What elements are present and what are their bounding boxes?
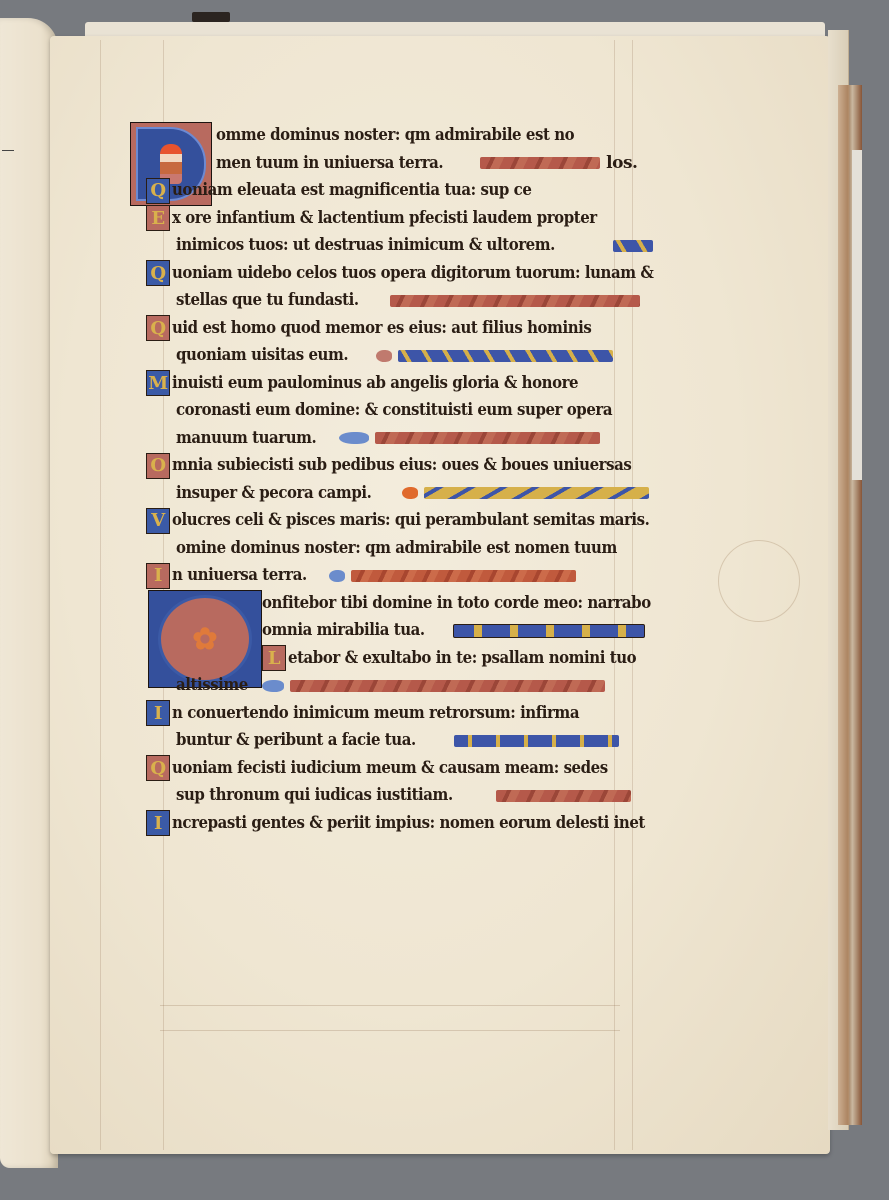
dragon-head-icon [262, 680, 284, 692]
grotesque-head-icon [376, 350, 392, 362]
text-line: In conuertendo inimicum meum retrorsum: … [130, 700, 630, 728]
text-line: Quid est homo quod memor es eius: aut fi… [130, 315, 630, 343]
dragon-head-icon [339, 432, 369, 444]
text-line: quoniam uisitas eum. [130, 342, 630, 370]
versal-initial: Q [146, 315, 170, 341]
versal-initial: O [146, 453, 170, 479]
text-line: omnia mirabilia tua. [130, 617, 630, 645]
text-line: sup thronum qui iudicas iustitiam. [130, 782, 630, 810]
text-line: Ex ore infantium & lactentium pfecisti l… [130, 205, 630, 233]
text-line: Omnia subiecisti sub pedibus eius: oues … [130, 452, 630, 480]
versal-initial: I [146, 810, 170, 836]
text-block: ✿ omme dominus noster: qm admirabile est… [130, 122, 630, 837]
text-lines: omme dominus noster: qm admirabile est n… [130, 122, 630, 837]
versal-initial: M [146, 370, 170, 396]
margin-mark [2, 150, 14, 151]
ruling-line [160, 1005, 620, 1006]
line-filler-red [480, 157, 600, 169]
text-line: Quoniam uidebo celos tuos opera digitoru… [130, 260, 630, 288]
text-line: In uniuersa terra. [130, 562, 630, 590]
versal-initial: L [262, 645, 286, 671]
versal-initial: Q [146, 260, 170, 286]
text-line: Letabor & exultabo in te: psallam nomini… [130, 645, 630, 673]
versal-initial: Q [146, 178, 170, 204]
line-filler-dragons [453, 624, 645, 638]
text-line: omine dominus noster: qm admirabile est … [130, 535, 630, 563]
versal-initial: E [146, 205, 170, 231]
line-filler-diamond [424, 487, 649, 499]
grotesque-head-icon [402, 487, 418, 499]
ruling-line [100, 40, 101, 1150]
text-line: coronasti eum domine: & constituisti eum… [130, 397, 630, 425]
text-line: men tuum in uniuersa terra.los. [130, 150, 630, 178]
versal-initial: V [146, 508, 170, 534]
ruling-line [160, 1030, 620, 1031]
line-filler-gold-chain [454, 735, 619, 747]
text-line: onfitebor tibi domine in toto corde meo:… [130, 590, 630, 618]
text-line: omme dominus noster: qm admirabile est n… [130, 122, 630, 150]
text-line: Quoniam fecisti iudicium meum & causam m… [130, 755, 630, 783]
dragon-head-icon [329, 570, 345, 582]
versal-initial: Q [146, 755, 170, 781]
versal-initial: I [146, 700, 170, 726]
text-line: stellas que tu fundasti. [130, 287, 630, 315]
versal-initial: I [146, 563, 170, 589]
binding-clasp [192, 12, 230, 22]
text-line: Increpasti gentes & periit impius: nomen… [130, 810, 630, 838]
line-filler-blue-gold [398, 350, 613, 362]
line-filler-red [290, 680, 605, 692]
text-line: Quoniam eleuata est magnificentia tua: s… [130, 177, 630, 205]
line-filler-orange [351, 570, 576, 582]
text-line: manuum tuarum. [130, 425, 630, 453]
text-line: Volucres celi & pisces maris: qui peramb… [130, 507, 630, 535]
text-line: insuper & pecora campi. [130, 480, 630, 508]
line-filler-red [496, 790, 631, 802]
page-stain [718, 540, 800, 622]
fore-edge-leaves [828, 30, 864, 1140]
line-filler-blue-gold [613, 240, 653, 252]
text-line: buntur & peribunt a facie tua. [130, 727, 630, 755]
text-line: altissime [130, 672, 630, 700]
text-line: Minuisti eum paulominus ab angelis glori… [130, 370, 630, 398]
line-filler-red [390, 295, 640, 307]
line-filler-red [375, 432, 600, 444]
text-line: inimicos tuos: ut destruas inimicum & ul… [130, 232, 630, 260]
